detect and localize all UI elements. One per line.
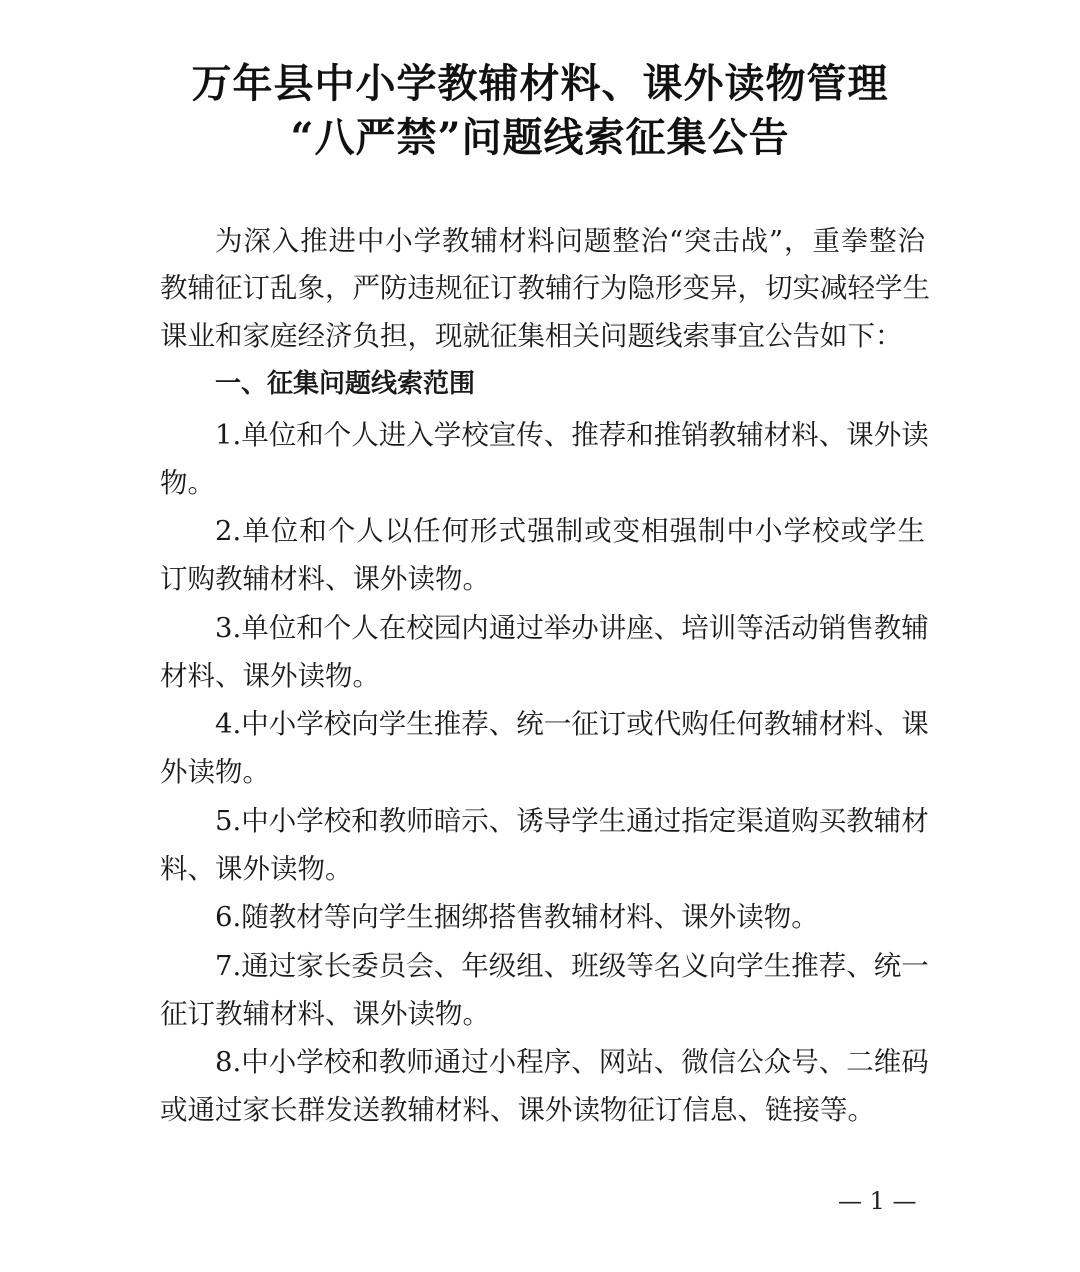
document-title-line-1: 万年县中小学教辅材料、课外读物管理 <box>0 58 1080 110</box>
intro-paragraph-line-2: 教辅征订乱象，严防违规征订教辅行为隐形变异，切实减轻学生 <box>160 270 925 306</box>
item-8-line-2: 或通过家长群发送教辅材料、课外读物征订信息、链接等。 <box>160 1092 925 1128</box>
item-3-line-2: 材料、课外读物。 <box>160 658 925 694</box>
item-1-line-2: 物。 <box>160 465 925 501</box>
item-2-line-2: 订购教辅材料、课外读物。 <box>160 561 925 597</box>
page-number: — 1 — <box>838 1186 917 1216</box>
document-page: 万年县中小学教辅材料、课外读物管理 “八严禁”问题线索征集公告 为深入推进中小学… <box>0 0 1080 1272</box>
item-4-line-2: 外读物。 <box>160 754 925 790</box>
intro-paragraph-line-1: 为深入推进中小学教辅材料问题整治“突击战”，重拳整治 <box>215 223 925 259</box>
item-8-line-1: 8.中小学校和教师通过小程序、网站、微信公众号、二维码 <box>215 1044 925 1080</box>
item-5-line-2: 料、课外读物。 <box>160 851 925 887</box>
intro-paragraph-line-3: 课业和家庭经济负担，现就征集相关问题线索事宜公告如下： <box>160 318 925 354</box>
item-2-line-1: 2.单位和个人以任何形式强制或变相强制中小学校或学生 <box>215 513 925 549</box>
document-title-line-2: “八严禁”问题线索征集公告 <box>0 112 1080 164</box>
item-7-line-2: 征订教辅材料、课外读物。 <box>160 996 925 1032</box>
item-6-line-1: 6.随教材等向学生捆绑搭售教辅材料、课外读物。 <box>215 899 925 935</box>
section-heading: 一、征集问题线索范围 <box>215 366 925 402</box>
item-7-line-1: 7.通过家长委员会、年级组、班级等名义向学生推荐、统一 <box>215 948 925 984</box>
item-1-line-1: 1.单位和个人进入学校宣传、推荐和推销教辅材料、课外读 <box>215 417 925 453</box>
item-5-line-1: 5.中小学校和教师暗示、诱导学生通过指定渠道购买教辅材 <box>215 803 925 839</box>
item-4-line-1: 4.中小学校向学生推荐、统一征订或代购任何教辅材料、课 <box>215 706 925 742</box>
item-3-line-1: 3.单位和个人在校园内通过举办讲座、培训等活动销售教辅 <box>215 610 925 646</box>
